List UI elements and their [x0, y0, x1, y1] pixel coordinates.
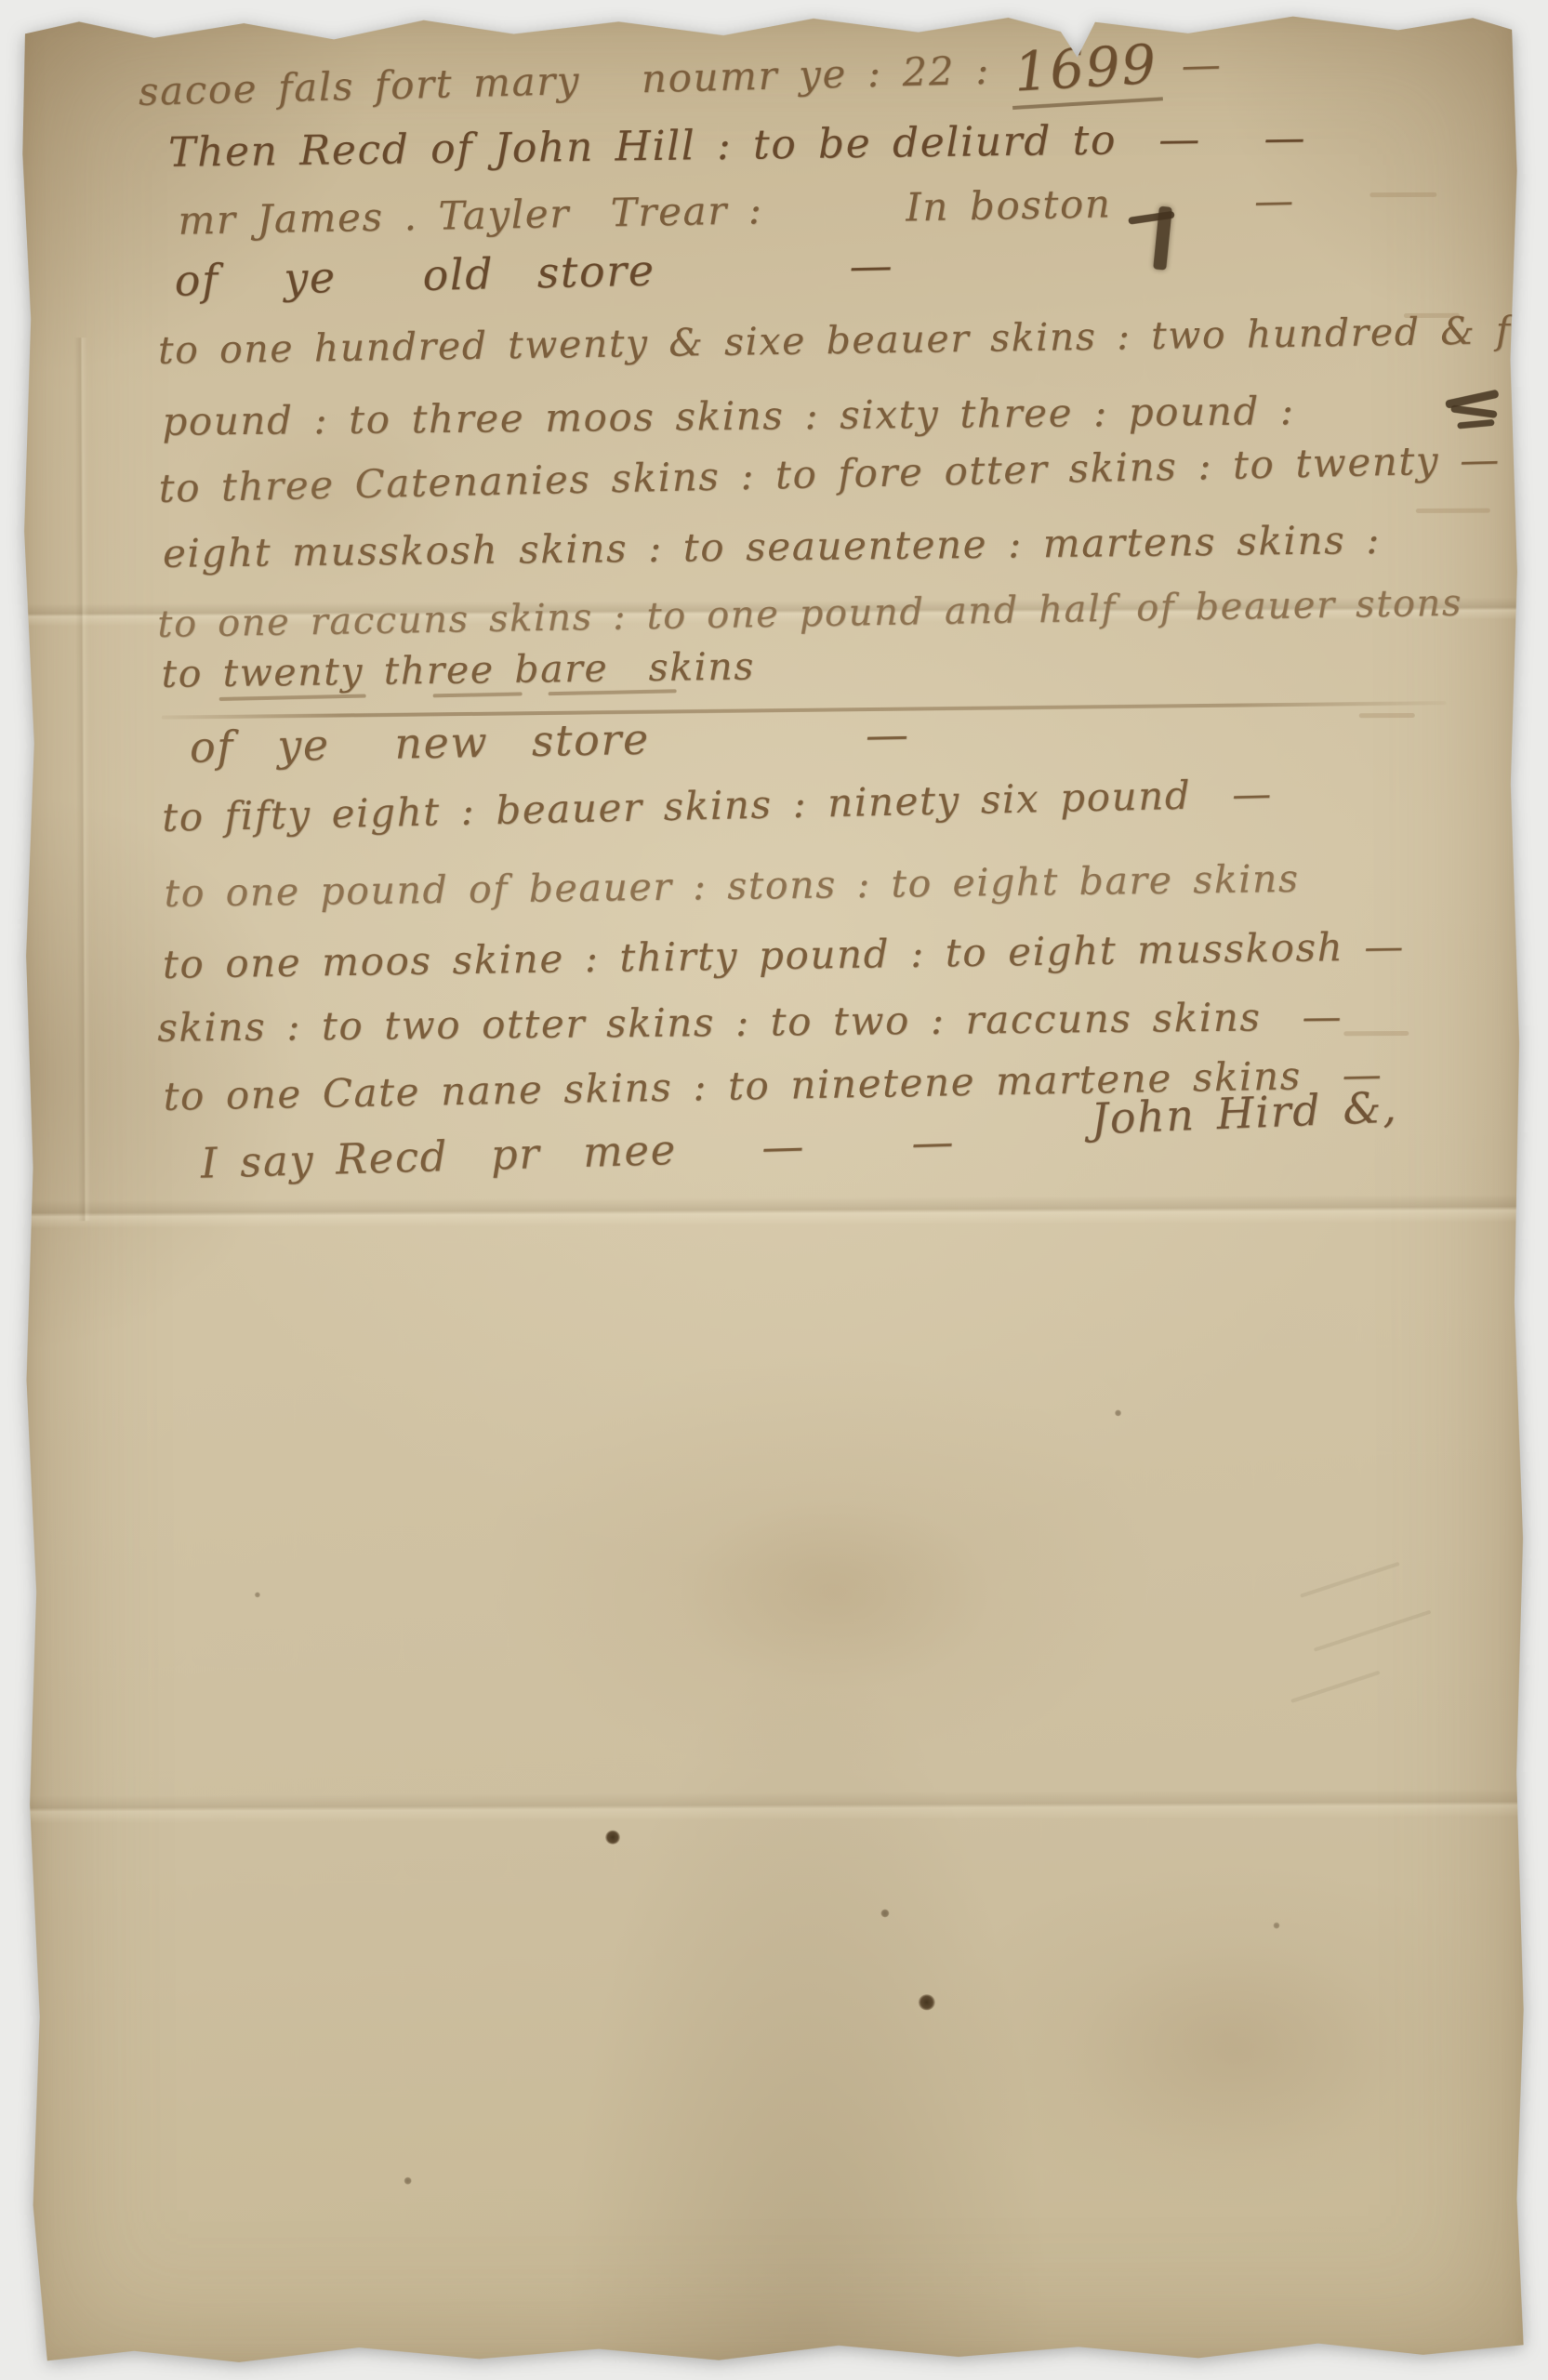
manuscript-paper: sacoe fals fort mary noumr ye : 22 : 169… — [19, 6, 1528, 2370]
speck — [919, 1994, 935, 2010]
pen-underline — [433, 692, 523, 697]
bleed-mark — [1343, 1031, 1409, 1036]
manuscript-line: of ye new store — — [189, 709, 910, 773]
speck — [880, 1909, 889, 1917]
signature: John Hird &, — [1091, 1082, 1399, 1144]
bleed-mark — [1359, 713, 1415, 718]
speck — [1273, 1923, 1279, 1929]
bleed-mark — [1369, 192, 1436, 197]
manuscript-line: to fifty eight : beauer skins : ninety s… — [162, 771, 1274, 840]
dateline-text: sacoe fals fort mary noumr ye : 22 : — [138, 46, 1011, 114]
fold-crease-middle — [24, 1194, 1523, 1228]
speck — [255, 1592, 260, 1597]
manuscript-line: to twenty three bare skins — [161, 644, 755, 696]
manuscript-line: Then Recd of John Hill : to be deliurd t… — [168, 114, 1307, 177]
speck — [605, 1831, 620, 1844]
pencil-mark — [1300, 1562, 1400, 1598]
pencil-mark — [1290, 1671, 1380, 1703]
manuscript-line: to one pound of beauer : stons : to eigh… — [164, 856, 1300, 916]
photo-background: sacoe fals fort mary noumr ye : 22 : 169… — [0, 0, 1548, 2380]
pencil-mark — [1314, 1610, 1432, 1652]
manuscript-line: to one hundred twenty & sixe beauer skin… — [158, 307, 1548, 373]
bleed-mark — [1404, 313, 1460, 318]
speck — [1115, 1409, 1121, 1416]
dateline: sacoe fals fort mary noumr ye : 22 : 169… — [138, 27, 1223, 123]
bleed-mark — [1416, 509, 1490, 513]
manuscript-line: of ye old store — — [174, 240, 894, 306]
stain — [676, 1496, 993, 1692]
ink-scribble — [1450, 404, 1498, 418]
manuscript-line: skins : to two otter skins : to two : ra… — [157, 994, 1343, 1051]
closing-line: I say Recd pr mee — — — [200, 1117, 956, 1187]
fold-crease-left-vertical — [74, 337, 91, 1221]
manuscript-line: to one raccuns skins : to one pound and … — [157, 582, 1462, 646]
dateline-year: 1699 — [1009, 32, 1163, 110]
stain — [188, 401, 468, 588]
dateline-dash: — — [1160, 41, 1223, 88]
fold-crease-lower — [27, 1789, 1526, 1823]
ink-scribble — [1457, 419, 1494, 430]
stain — [1069, 1940, 1405, 2165]
manuscript-line: mr James . Tayler Trear : In boston — — [178, 178, 1295, 244]
speck — [404, 2177, 412, 2185]
manuscript-paper-wrap: sacoe fals fort mary noumr ye : 22 : 169… — [19, 6, 1528, 2370]
manuscript-line: to one moos skine : thirty pound : to ei… — [163, 923, 1406, 987]
